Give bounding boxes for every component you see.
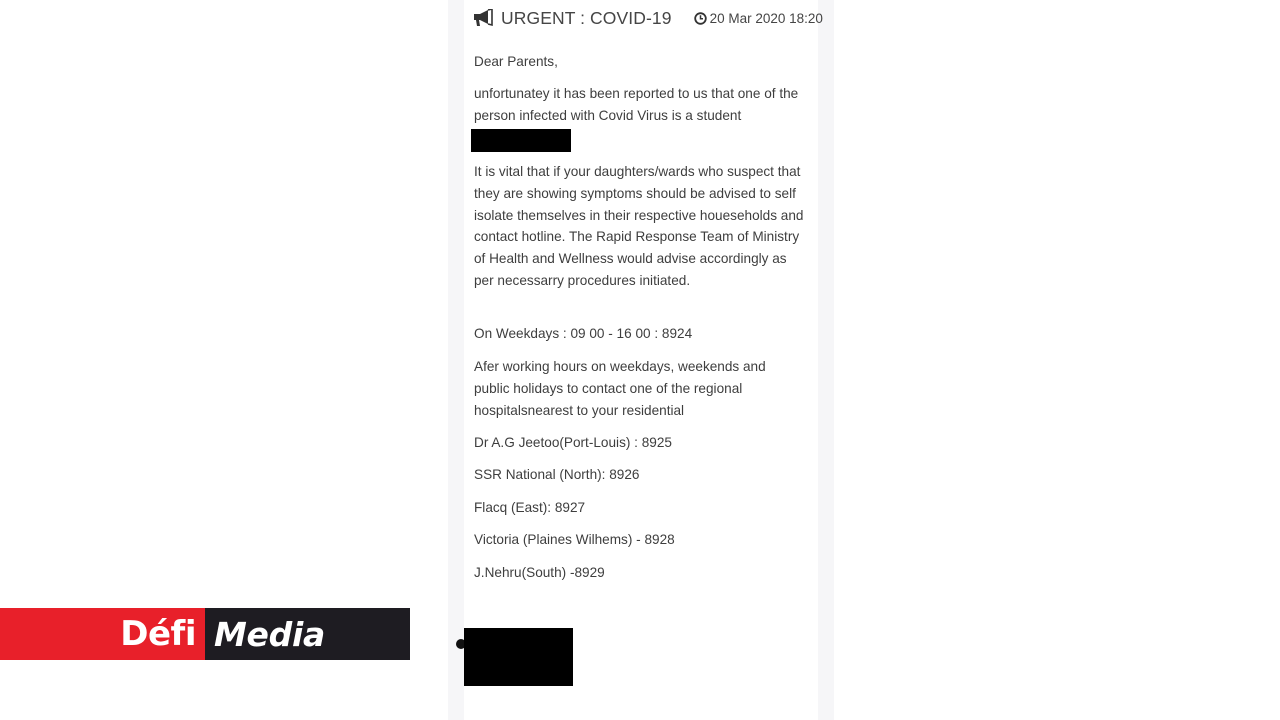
hospital-contact: J.Nehru(South) -8929 [474, 562, 809, 584]
megaphone-icon [473, 9, 493, 27]
defi-media-logo: Défi Media [0, 608, 410, 660]
hospital-contact: Dr A.G Jeetoo(Port-Louis) : 8925 [474, 432, 809, 454]
hospital-contact: SSR National (North): 8926 [474, 464, 809, 486]
post-header: URGENT : COVID-19 20 Mar 2020 18:20 [473, 6, 818, 30]
timestamp-text: 20 Mar 2020 18:20 [710, 11, 823, 26]
logo-word-defi: Défi [120, 614, 196, 654]
post-title: URGENT : COVID-19 [501, 8, 672, 29]
after-hours-instructions: Afer working hours on weekdays, weekends… [474, 356, 789, 421]
redacted-school-name [471, 129, 571, 152]
weekdays-hotline: On Weekdays : 09 00 - 16 00 : 8924 [474, 323, 809, 345]
hospital-contact: Flacq (East): 8927 [474, 497, 809, 519]
logo-red-block: Défi [0, 608, 205, 660]
paragraph-self-isolation: It is vital that if your daughters/wards… [474, 161, 804, 292]
post-timestamp: 20 Mar 2020 18:20 [694, 11, 823, 26]
greeting: Dear Parents, [474, 51, 809, 73]
redacted-signature [464, 628, 573, 686]
clock-icon [694, 12, 707, 25]
hospital-contact: Victoria (Plaines Wilhems) - 8928 [474, 529, 809, 551]
logo-word-media: Media [214, 615, 325, 654]
logo-dark-block: Media [205, 608, 410, 660]
paragraph-infection-report: unfortunatey it has been reported to us … [474, 83, 804, 127]
stage: URGENT : COVID-19 20 Mar 2020 18:20 Dear… [0, 0, 1280, 720]
